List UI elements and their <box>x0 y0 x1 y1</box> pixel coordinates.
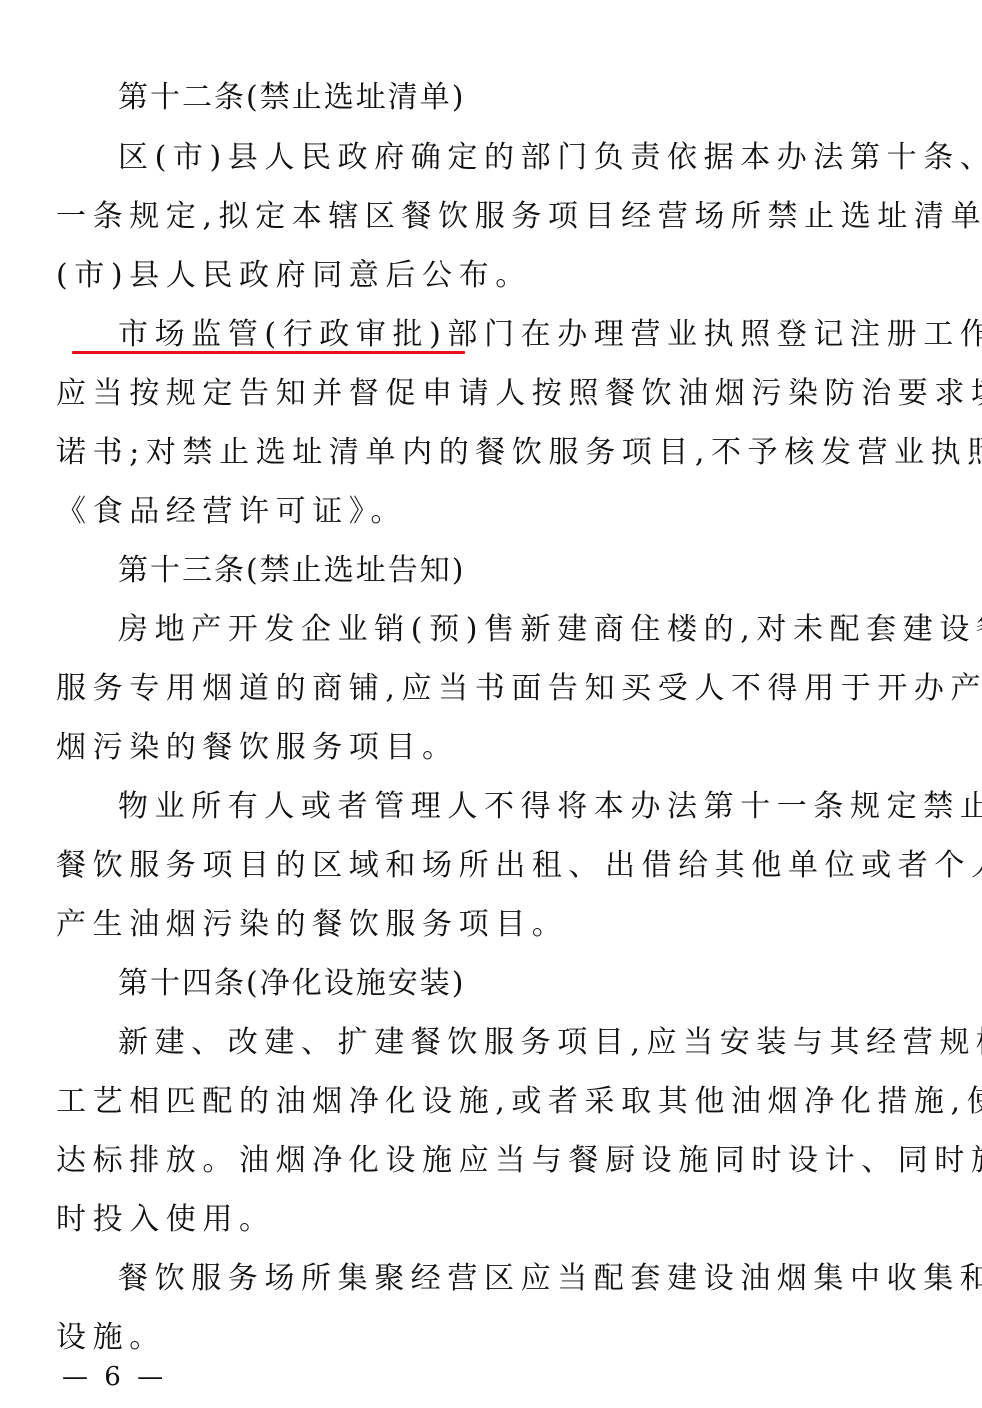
paragraph-line: 诺书;对禁止选址清单内的餐饮服务项目,不予核发营业执照和 <box>56 433 936 473</box>
document-page: 第十二条(禁止选址清单) 区(市)县人民政府确定的部门负责依据本办法第十条、第十… <box>0 0 982 1408</box>
paragraph-line: 新建、改建、扩建餐饮服务项目,应当安装与其经营规模、烹制 <box>118 1023 936 1063</box>
paragraph-line: 物业所有人或者管理人不得将本办法第十一条规定禁止开办 <box>118 787 936 827</box>
paragraph-line: 餐饮服务场所集聚经营区应当配套建设油烟集中收集和净化 <box>118 1259 936 1299</box>
red-annotation-underline <box>72 351 465 354</box>
paragraph-line: 时投入使用。 <box>56 1200 936 1240</box>
paragraph-line: 服务专用烟道的商铺,应当书面告知买受人不得用于开办产生油 <box>56 669 936 709</box>
paragraph-line: 一条规定,拟定本辖区餐饮服务项目经营场所禁止选址清单,报区 <box>56 197 936 237</box>
article-13-heading: 第十三条(禁止选址告知) <box>118 551 936 591</box>
paragraph-line: 设施。 <box>56 1318 936 1358</box>
article-12-heading: 第十二条(禁止选址清单) <box>118 78 936 118</box>
paragraph-line: 达标排放。油烟净化设施应当与餐厨设施同时设计、同时施工、同 <box>56 1141 936 1181</box>
paragraph-line: 应当按规定告知并督促申请人按照餐饮油烟污染防治要求填写承 <box>56 374 936 414</box>
paragraph-line: 《食品经营许可证》。 <box>56 492 936 532</box>
paragraph-line: 产生油烟污染的餐饮服务项目。 <box>56 905 936 945</box>
paragraph-line: 房地产开发企业销(预)售新建商住楼的,对未配套建设餐饮 <box>118 610 936 650</box>
paragraph-line: 烟污染的餐饮服务项目。 <box>56 728 936 768</box>
paragraph-line: (市)县人民政府同意后公布。 <box>56 256 936 296</box>
paragraph-line: 市场监管(行政审批)部门在办理营业执照登记注册工作中, <box>118 315 936 355</box>
page-number: — 6 — <box>62 1360 167 1394</box>
paragraph-line: 区(市)县人民政府确定的部门负责依据本办法第十条、第十 <box>118 138 936 178</box>
paragraph-line: 餐饮服务项目的区域和场所出租、出借给其他单位或者个人开办 <box>56 846 936 886</box>
paragraph-line: 工艺相匹配的油烟净化设施,或者采取其他油烟净化措施,使油烟 <box>56 1082 936 1122</box>
article-14-heading: 第十四条(净化设施安装) <box>118 964 936 1004</box>
